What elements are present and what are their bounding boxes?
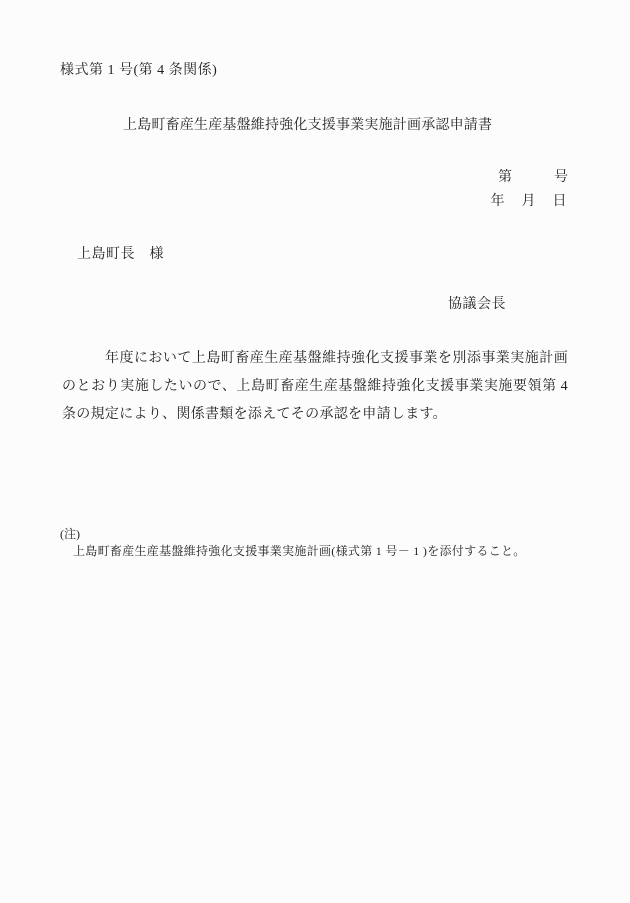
date-line: 年 月 日 — [491, 195, 569, 209]
body-paragraph: 年度において上島町畜産生産基盤維持強化支援事業を別添事業実施計画 のとおり実施し… — [62, 345, 568, 429]
document-title: 上島町畜産生産基盤維持強化支援事業実施計画承認申請書 — [123, 119, 492, 133]
document-number-line: 第 号 — [498, 171, 568, 185]
note-text: 上島町畜産生産基盤維持強化支援事業実施計画(様式第 1 号－ 1 )を添付するこ… — [73, 545, 526, 557]
application-form-page: 様式第 1 号(第 4 条関係) 上島町畜産生産基盤維持強化支援事業実施計画承認… — [0, 0, 630, 903]
note-label: (注) — [60, 528, 80, 540]
body-line-1: 年度において上島町畜産生産基盤維持強化支援事業を別添事業実施計画 — [62, 345, 568, 373]
addressee-line: 上島町長 様 — [77, 248, 164, 262]
body-line-2: のとおり実施したいので、上島町畜産生産基盤維持強化支援事業実施要領第 4 — [62, 373, 568, 401]
form-number: 様式第 1 号(第 4 条関係) — [60, 64, 217, 78]
sender-title: 協議会長 — [448, 298, 506, 312]
body-line-3: 条の規定により、関係書類を添えてその承認を申請します。 — [62, 401, 568, 429]
